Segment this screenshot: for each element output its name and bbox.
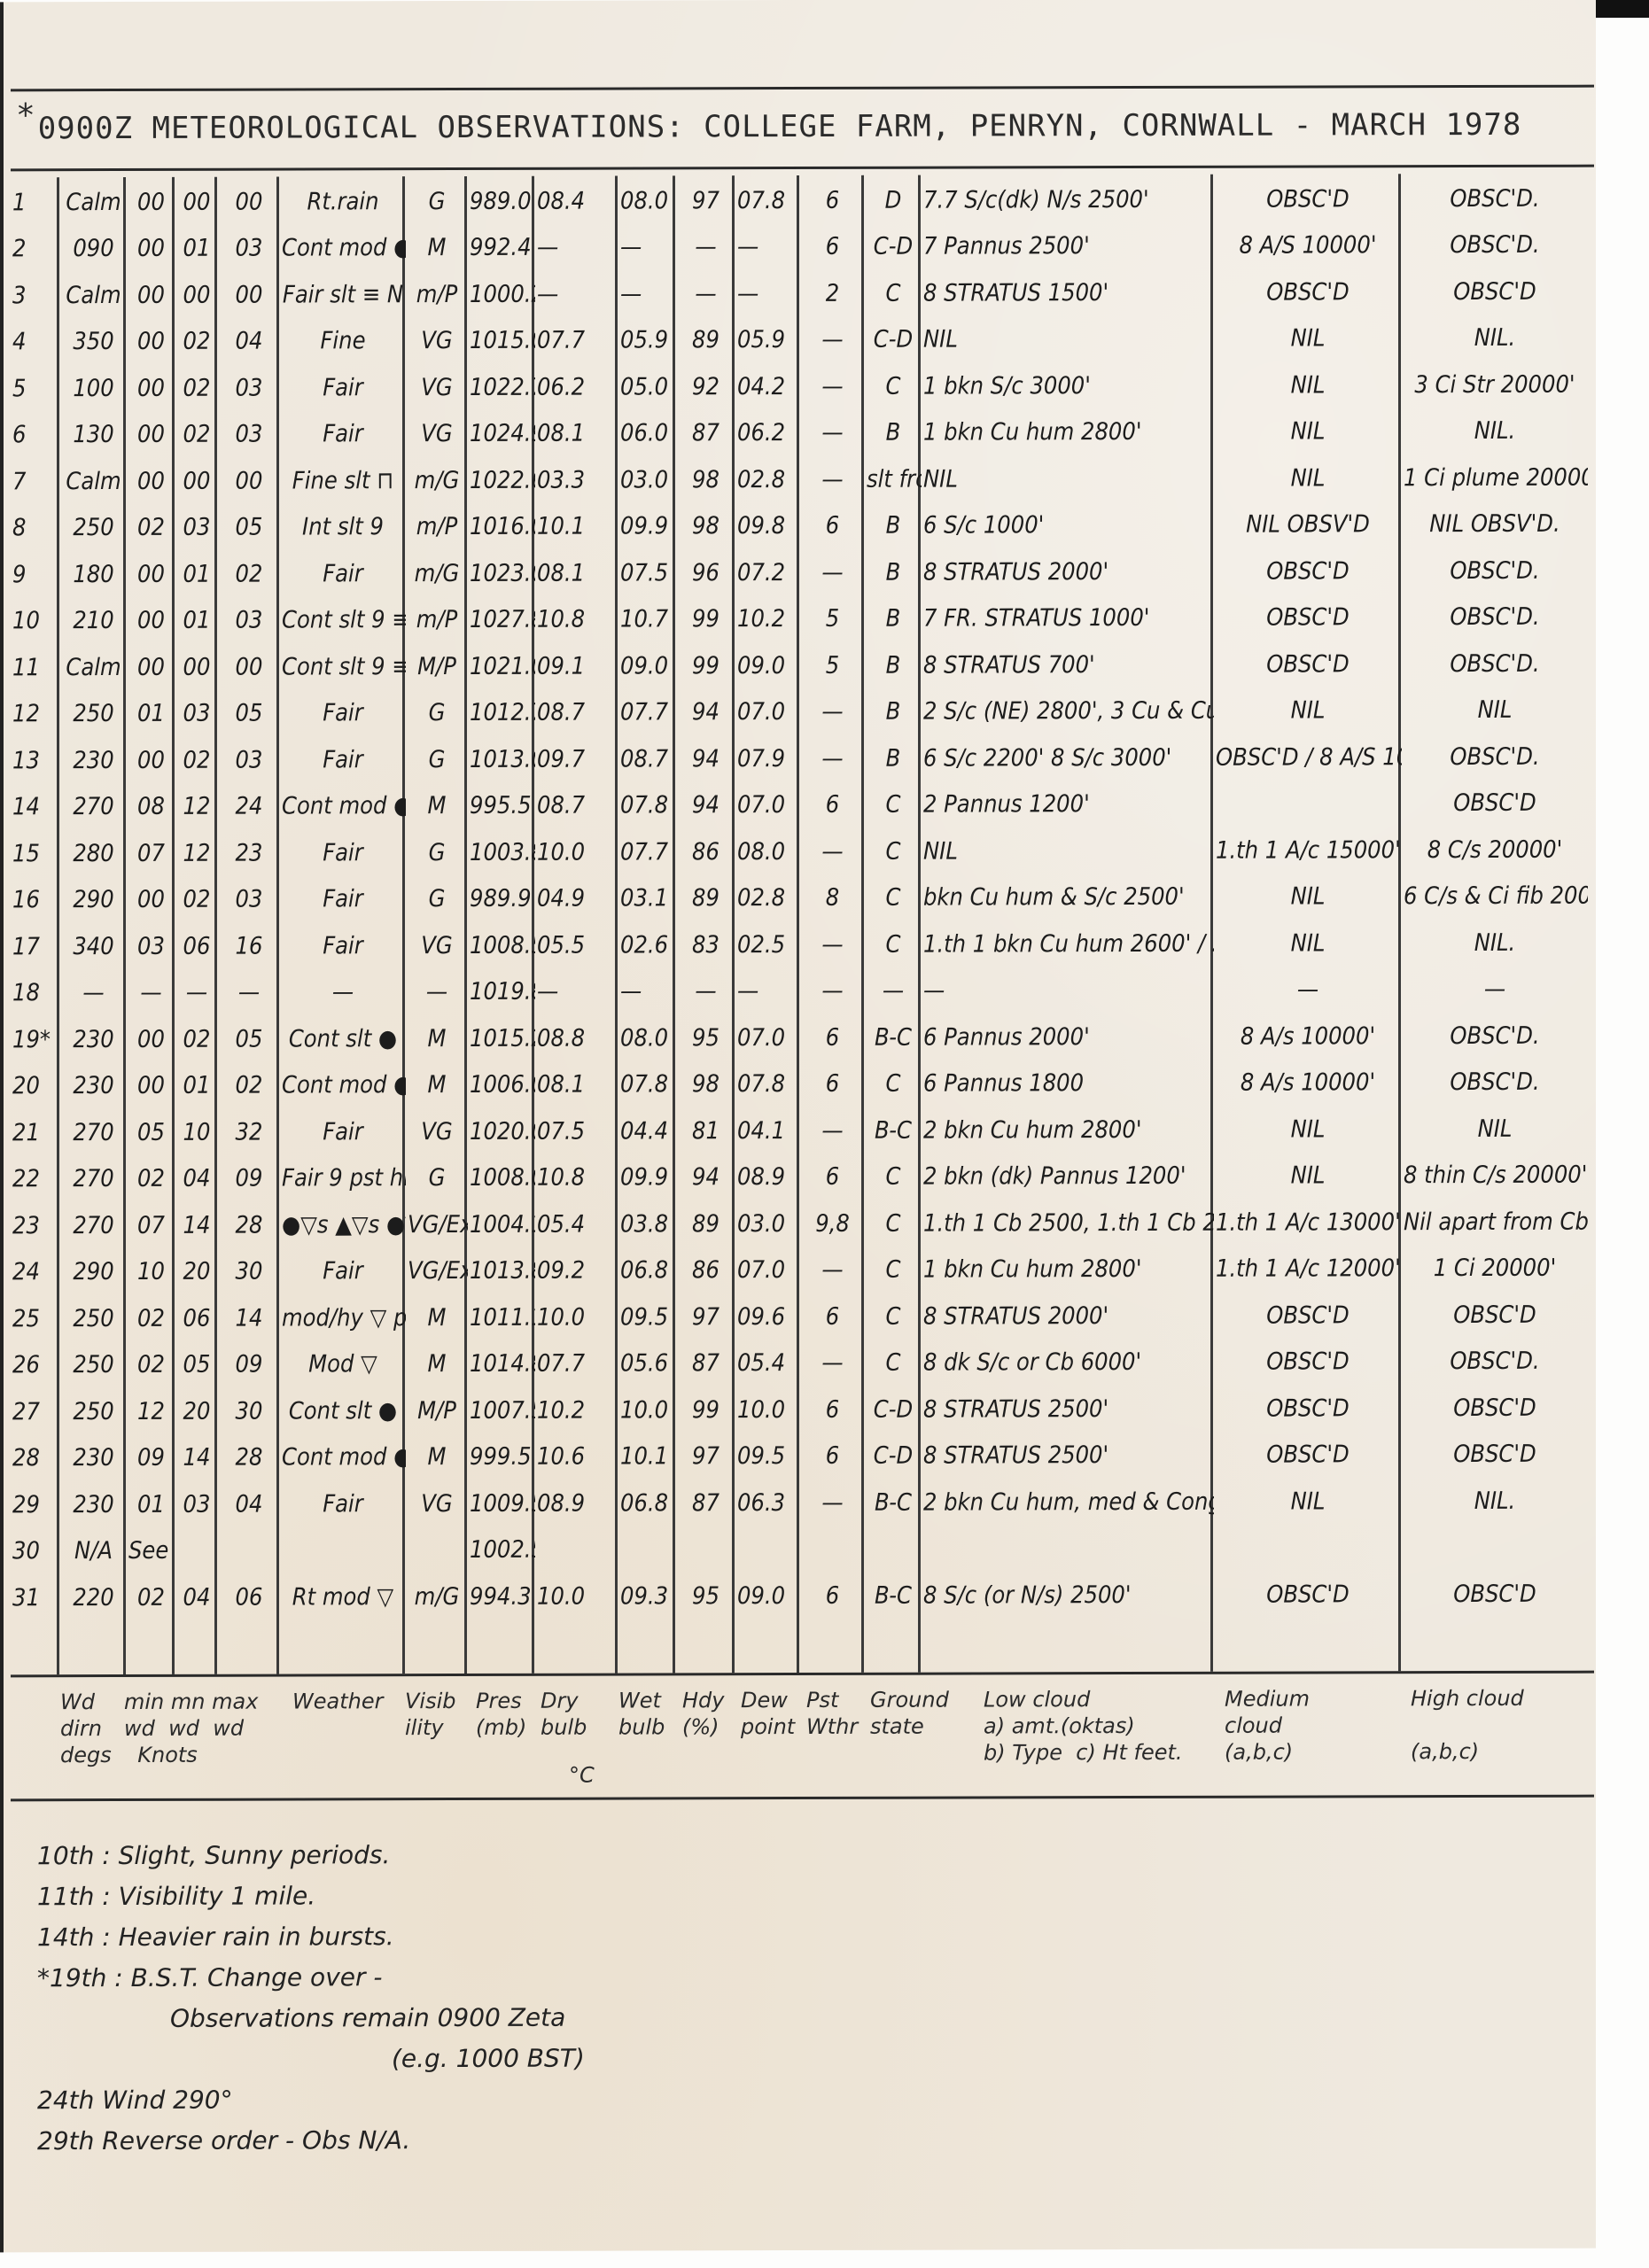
observations-table: 1Calm000000Rt.rainG989.008.408.09707.86D… (11, 175, 1588, 1621)
cell-high-cloud: 8 C/s 20000' (1402, 827, 1588, 874)
cell-weather: Fair (280, 1108, 406, 1155)
cell-wet-bulb (618, 1526, 676, 1573)
cell-pressure: 1000.2 (468, 271, 535, 318)
cell-dry-bulb: 08.1 (535, 410, 618, 457)
cell-visibility: VG (406, 922, 468, 969)
cell-dew-point: — (735, 223, 800, 270)
cell-humidity: 89 (676, 317, 735, 364)
cell-ground-state: B-C (865, 1480, 922, 1526)
cell-weather: Fair (280, 876, 406, 923)
cell-max-wd: 00 (218, 272, 280, 319)
cell-day: 13 (11, 737, 60, 784)
cell-dew-point: 03.0 (735, 1200, 800, 1247)
cell-humidity: 89 (676, 875, 735, 922)
cell-high-cloud: 8 thin C/s 20000' (1402, 1152, 1588, 1199)
cell-ground-state: C (865, 874, 922, 921)
cell-day: 9 (11, 551, 60, 598)
cell-min-wd: 00 (127, 1016, 175, 1063)
cell-high-cloud: 1 Ci plume 20000' (1402, 454, 1588, 501)
cell-max-wd: 28 (218, 1434, 280, 1481)
table-row: 12250010305FairG1012.708.707.79407.0—B2 … (11, 687, 1588, 737)
cell-humidity: 83 (676, 921, 735, 968)
title-text: 0900Z METEOROLOGICAL OBSERVATIONS: COLLE… (38, 107, 1522, 146)
cell-ground-state: C (865, 828, 922, 875)
cell-pressure: 1023.0 (468, 550, 535, 597)
table-row: 4350000204FineVG1015.007.705.98905.9—C-D… (11, 315, 1588, 365)
cell-medium-cloud: 1.th 1 A/c 15000' (1214, 827, 1402, 874)
cell-pressure: 1027.8 (468, 596, 535, 643)
cell-max-wd: 03 (218, 597, 280, 644)
cell-pressure: 1016.0 (468, 503, 535, 550)
cell-pressure: 1003.8 (468, 829, 535, 876)
cell-low-cloud: 8 S/c (or N/s) 2500' (922, 1572, 1214, 1619)
cell-dry-bulb: 09.1 (535, 643, 618, 690)
cell-weather: Cont slt 9 ≡ (280, 597, 406, 644)
rule-under-title (11, 165, 1594, 172)
cell-mean-wd: 03 (175, 690, 218, 737)
cell-past-wthr: — (800, 316, 865, 363)
cell-max-wd: 00 (218, 458, 280, 505)
cell-visibility: m/G (406, 550, 468, 597)
cell-past-wthr: 5 (800, 595, 865, 642)
cell-low-cloud: 8 dk S/c or Cb 6000' (922, 1339, 1214, 1386)
cell-max-wd: 04 (218, 1481, 280, 1528)
cell-medium-cloud: OBSC'D (1214, 175, 1402, 222)
cell-ground-state: C (865, 270, 922, 317)
cell-ground-state: B (865, 735, 922, 782)
cell-humidity: 94 (676, 1154, 735, 1201)
cell-mean-wd: 01 (175, 1062, 218, 1109)
cell-ground-state: C (865, 1247, 922, 1293)
cell-low-cloud: NIL (922, 455, 1214, 502)
cell-mean-wd: 01 (175, 225, 218, 272)
cell-max-wd: 02 (218, 1062, 280, 1109)
cell-wind-dir: 340 (60, 923, 127, 970)
cell-past-wthr: — (800, 409, 865, 456)
cell-low-cloud: 6 Pannus 1800 (922, 1060, 1214, 1107)
cell-weather: Fair (280, 922, 406, 969)
cell-low-cloud: 8 STRATUS 2500' (922, 1432, 1214, 1479)
cell-min-wd: 00 (127, 597, 175, 644)
cell-day: 29 (11, 1481, 60, 1528)
cell-past-wthr: 6 (800, 1014, 865, 1061)
cell-weather: Fair (280, 736, 406, 783)
cell-wet-bulb: 07.8 (618, 782, 676, 829)
cell-dry-bulb: — (535, 271, 618, 318)
cell-dry-bulb: 06.2 (535, 364, 618, 411)
cell-dry-bulb: 10.8 (535, 1154, 618, 1201)
cell-visibility: VG (406, 1108, 468, 1155)
cell-humidity: 97 (676, 1433, 735, 1480)
cell-visibility: G (406, 829, 468, 876)
scan-edge-strip (1592, 0, 1649, 18)
cell-past-wthr: 6 (800, 502, 865, 549)
cell-max-wd: 05 (218, 504, 280, 551)
cell-weather: Cont slt ● (280, 1387, 406, 1434)
cell-min-wd: 01 (127, 1481, 175, 1528)
cell-wet-bulb: 08.0 (618, 177, 676, 224)
cell-high-cloud: NIL (1402, 687, 1588, 734)
note-11th: 11th : Visibility 1 mile. (37, 1876, 585, 1918)
cell-wet-bulb: 09.9 (618, 503, 676, 550)
legend-low-cloud: Low cloud a) amt.(oktas) b) Type c) Ht f… (984, 1686, 1183, 1767)
cell-dry-bulb: 07.5 (535, 1108, 618, 1155)
cell-visibility: G (406, 689, 468, 736)
cell-visibility: — (406, 968, 468, 1015)
cell-day: 6 (11, 412, 60, 459)
cell-dry-bulb: 09.7 (535, 736, 618, 783)
cell-wet-bulb: 03.0 (618, 456, 676, 503)
cell-wet-bulb: 10.0 (618, 1386, 676, 1433)
cell-humidity: 99 (676, 596, 735, 643)
cell-medium-cloud: OBSC'D (1214, 1385, 1402, 1432)
cell-dry-bulb: 05.5 (535, 922, 618, 969)
cell-dew-point: 07.0 (735, 688, 800, 735)
cell-dry-bulb: 08.8 (535, 1015, 618, 1062)
cell-high-cloud: — (1402, 966, 1588, 1013)
table-row: 28230091428Cont mod ●M999.510.610.19709.… (11, 1431, 1588, 1481)
cell-medium-cloud: OBSC'D (1214, 268, 1402, 315)
cell-dry-bulb: 08.1 (535, 550, 618, 597)
cell-dry-bulb: 04.9 (535, 875, 618, 922)
cell-pressure: 1002.5 (468, 1526, 535, 1573)
cell-past-wthr: 9,8 (800, 1200, 865, 1247)
cell-humidity: 86 (676, 1247, 735, 1294)
cell-min-wd: 05 (127, 1109, 175, 1156)
cell-max-wd: 28 (218, 1202, 280, 1249)
cell-mean-wd: 06 (175, 923, 218, 970)
cell-mean-wd: 04 (175, 1574, 218, 1621)
cell-visibility: G (406, 178, 468, 225)
cell-medium-cloud: NIL (1214, 920, 1402, 967)
table-row: 18——————1019.8————————— (11, 966, 1588, 1016)
cell-humidity: 98 (676, 456, 735, 503)
cell-dew-point: 07.8 (735, 177, 800, 224)
cell-wet-bulb: 09.5 (618, 1293, 676, 1340)
cell-low-cloud: 7 Pannus 2500' (922, 222, 1214, 269)
cell-wind-dir: 250 (60, 1341, 127, 1388)
cell-mean-wd: 00 (175, 644, 218, 691)
cell-day: 26 (11, 1342, 60, 1389)
cell-ground-state: C-D (865, 223, 922, 270)
cell-weather: Cont mod ● (280, 1434, 406, 1481)
cell-medium-cloud: NIL (1214, 454, 1402, 501)
cell-max-wd: 03 (218, 737, 280, 784)
cell-low-cloud: 2 bkn (dk) Pannus 1200' (922, 1153, 1214, 1200)
cell-humidity: 87 (676, 1340, 735, 1387)
cell-low-cloud: 1 bkn S/c 3000' (922, 362, 1214, 409)
cell-humidity: 92 (676, 363, 735, 410)
cell-wet-bulb: — (618, 270, 676, 317)
cell-min-wd: 00 (127, 644, 175, 691)
cell-low-cloud: 2 Pannus 1200' (922, 781, 1214, 827)
cell-medium-cloud: OBSC'D (1214, 594, 1402, 641)
cell-pressure: 999.5 (468, 1433, 535, 1480)
cell-visibility: m/P (406, 271, 468, 318)
note-19th: *19th : B.S.T. Change over - (37, 1957, 585, 2000)
cell-pressure: 1008.5 (468, 922, 535, 969)
cell-ground-state: C (865, 363, 922, 410)
cell-dew-point: 07.8 (735, 1060, 800, 1107)
cell-low-cloud: 8 STRATUS 1500' (922, 269, 1214, 316)
cell-day: 21 (11, 1109, 60, 1156)
cell-min-wd: 00 (127, 737, 175, 784)
cell-max-wd: 16 (218, 923, 280, 970)
cell-max-wd: 06 (218, 1574, 280, 1621)
legend-ground-state: Ground state (870, 1687, 949, 1740)
cell-medium-cloud: 1.th 1 A/c 12000' (1214, 1246, 1402, 1293)
cell-day: 24 (11, 1249, 60, 1296)
table-row: 26250020509Mod ▽M1014.807.705.68705.4—C8… (11, 1338, 1588, 1388)
cell-wet-bulb: 04.4 (618, 1107, 676, 1154)
cell-humidity: 87 (676, 1480, 735, 1526)
cell-humidity (676, 1526, 735, 1573)
cell-dry-bulb: 08.7 (535, 689, 618, 736)
cell-humidity: 86 (676, 828, 735, 875)
cell-max-wd: 09 (218, 1341, 280, 1388)
cell-humidity: 89 (676, 1200, 735, 1247)
cell-day: 22 (11, 1156, 60, 1203)
table-row: 17340030616FairVG1008.505.502.68302.5—C1… (11, 920, 1588, 970)
cell-wind-dir: 350 (60, 318, 127, 365)
cell-wet-bulb: 07.8 (618, 1061, 676, 1108)
cell-wet-bulb: 09.9 (618, 1154, 676, 1201)
cell-mean-wd: 02 (175, 411, 218, 458)
cell-wind-dir: 230 (60, 1434, 127, 1481)
cell-min-wd: 00 (127, 225, 175, 272)
cell-humidity: 81 (676, 1107, 735, 1154)
cell-wet-bulb: 07.7 (618, 828, 676, 875)
cell-past-wthr: 6 (800, 1293, 865, 1340)
cell-weather: Cont mod ● (280, 1062, 406, 1109)
cell-wind-dir: 290 (60, 1248, 127, 1295)
legend-temp-unit: °C (569, 1762, 595, 1789)
cell-ground-state: B (865, 688, 922, 735)
cell-wind-dir: 180 (60, 551, 127, 598)
cell-visibility: VG (406, 1480, 468, 1527)
legend-dry-bulb: Dry bulb (541, 1688, 587, 1741)
cell-wet-bulb: 09.3 (618, 1573, 676, 1619)
cell-high-cloud: OBSC'D. (1402, 1338, 1588, 1385)
cell-low-cloud: 6 S/c 1000' (922, 501, 1214, 548)
cell-past-wthr: — (800, 456, 865, 503)
cell-pressure: 1012.7 (468, 689, 535, 736)
cell-wet-bulb: 06.0 (618, 410, 676, 457)
note-29th: 29th Reverse order - Obs N/A. (37, 2120, 585, 2163)
cell-past-wthr: — (800, 363, 865, 410)
cell-ground-state: B-C (865, 1573, 922, 1619)
cell-medium-cloud: NIL (1214, 408, 1402, 455)
cell-visibility: m/G (406, 1573, 468, 1620)
table-row: 3Calm000000Fair slt ≡ Nm/P1000.2————2C8 … (11, 268, 1588, 319)
cell-visibility: G (406, 736, 468, 783)
cell-weather: Cont mod ● (280, 225, 406, 272)
cell-weather: Int slt 9 (280, 504, 406, 551)
cell-dew-point: 02.8 (735, 874, 800, 921)
cell-past-wthr: 6 (800, 223, 865, 270)
cell-high-cloud: NIL OBSV'D. (1402, 501, 1588, 548)
cell-min-wd: 00 (127, 272, 175, 319)
cell-low-cloud (922, 1525, 1214, 1572)
cell-past-wthr (800, 1526, 865, 1573)
cell-wind-dir: 230 (60, 737, 127, 784)
cell-dew-point: 05.9 (735, 316, 800, 363)
cell-dry-bulb: 10.8 (535, 596, 618, 643)
cell-mean-wd: 04 (175, 1155, 218, 1202)
cell-wind-dir: 290 (60, 876, 127, 923)
cell-low-cloud: NIL (922, 827, 1214, 874)
cell-dry-bulb: 08.9 (535, 1480, 618, 1527)
cell-medium-cloud (1214, 781, 1402, 827)
cell-medium-cloud: OBSC'D (1214, 1339, 1402, 1386)
table-row: 23270071428●▽s ▲▽s ●▽ s pst hrVG/Ex1004.… (11, 1199, 1588, 1249)
table-row: 6130000203FairVG1024.908.106.08706.2—B1 … (11, 408, 1588, 458)
cell-dry-bulb: 10.0 (535, 1573, 618, 1620)
cell-weather: Fair (280, 550, 406, 597)
cell-mean-wd: 02 (175, 737, 218, 784)
cell-humidity: 94 (676, 735, 735, 782)
cell-min-wd: 00 (127, 318, 175, 365)
table-row: 15280071223FairG1003.810.007.78608.0—CNI… (11, 827, 1588, 877)
cell-visibility: M (406, 1433, 468, 1480)
cell-visibility: M/P (406, 643, 468, 690)
cell-day: 10 (11, 598, 60, 645)
column-legend: Wd dirn degs min mn max wd wd wd Knots W… (11, 1671, 1588, 1799)
cell-day: 4 (11, 319, 60, 366)
table-row: 22270020409Fair 9 pst hrG1008.010.809.99… (11, 1152, 1588, 1202)
cell-medium-cloud: NIL (1214, 1153, 1402, 1200)
cell-past-wthr: — (800, 1247, 865, 1293)
cell-pressure: 1013.0 (468, 736, 535, 783)
cell-min-wd: — (127, 969, 175, 1016)
cell-medium-cloud: — (1214, 967, 1402, 1014)
cell-weather: Fair slt ≡ N (280, 271, 406, 318)
cell-humidity: 99 (676, 642, 735, 689)
cell-dew-point: 05.4 (735, 1340, 800, 1386)
cell-wet-bulb: 03.8 (618, 1200, 676, 1247)
cell-wet-bulb: 05.0 (618, 363, 676, 410)
cell-ground-state: C (865, 1200, 922, 1247)
cell-dew-point: 02.5 (735, 921, 800, 968)
table-row: 14270081224Cont mod ●M995.508.707.89407.… (11, 780, 1588, 830)
cell-max-wd: 05 (218, 690, 280, 737)
cell-high-cloud: 1 Ci 20000' (1402, 1245, 1588, 1292)
cell-min-wd: 12 (127, 1388, 175, 1435)
cell-day: 14 (11, 784, 60, 831)
cell-high-cloud: OBSC'D (1402, 1292, 1588, 1339)
cell-max-wd: 14 (218, 1295, 280, 1342)
cell-day: 7 (11, 458, 60, 505)
cell-low-cloud: 1.th 1 Cb 2500, 1.th 1 Cb 2500' / 1/8 25… (922, 1200, 1214, 1247)
cell-wet-bulb: 07.7 (618, 689, 676, 736)
cell-weather: Cont mod ● (280, 783, 406, 830)
cell-visibility: M (406, 1340, 468, 1387)
cell-visibility: VG/Ex (406, 1201, 468, 1248)
cell-medium-cloud: 8 A/S 10000' (1214, 222, 1402, 269)
cell-max-wd: 09 (218, 1155, 280, 1202)
cell-ground-state: C (865, 1340, 922, 1386)
cell-visibility: m/P (406, 503, 468, 550)
cell-ground-state: B (865, 642, 922, 689)
cell-dew-point: 09.6 (735, 1293, 800, 1340)
cell-past-wthr: 6 (800, 1153, 865, 1200)
cell-visibility: VG (406, 364, 468, 411)
cell-visibility: M (406, 1061, 468, 1108)
cell-humidity: 98 (676, 503, 735, 550)
cell-wind-dir: — (60, 969, 127, 1016)
legend-weather: Weather (292, 1688, 383, 1714)
cell-low-cloud: 8 STRATUS 2000' (922, 1293, 1214, 1340)
table-row: 2090000103Cont mod ●M992.4————6C-D7 Pann… (11, 221, 1588, 272)
rule-top (11, 85, 1594, 92)
cell-pressure: 989.0 (468, 178, 535, 225)
legend-high-cloud: High cloud (a,b,c) (1411, 1685, 1524, 1765)
cell-day: 18 (11, 970, 60, 1017)
cell-visibility: VG/Ex (406, 1247, 468, 1294)
table-row: 9180000102Fairm/G1023.008.107.59607.2—B8… (11, 548, 1588, 598)
cell-dry-bulb: 10.6 (535, 1433, 618, 1480)
cell-ground-state: — (865, 967, 922, 1014)
cell-pressure: 1006.0 (468, 1061, 535, 1108)
cell-wind-dir: Calm (60, 458, 127, 505)
cell-wet-bulb: 06.8 (618, 1247, 676, 1294)
cell-medium-cloud: NIL (1214, 687, 1402, 734)
cell-low-cloud: 8 STRATUS 2000' (922, 548, 1214, 595)
cell-mean-wd: 12 (175, 783, 218, 830)
note-24th: 24th Wind 290° (37, 2079, 585, 2122)
cell-min-wd: 00 (127, 458, 175, 505)
cell-low-cloud: 8 STRATUS 2500' (922, 1386, 1214, 1433)
cell-wet-bulb: — (618, 968, 676, 1015)
cell-weather: Fair (280, 411, 406, 458)
cell-weather: Fair (280, 690, 406, 737)
cell-visibility: VG (406, 410, 468, 457)
cell-mean-wd: 01 (175, 597, 218, 644)
table-row: 13230000203FairG1013.009.708.79407.9—B6 … (11, 734, 1588, 784)
cell-ground-state (865, 1526, 922, 1573)
cell-day: 2 (11, 226, 60, 273)
cell-high-cloud: OBSC'D. (1402, 548, 1588, 594)
observations-body: 1Calm000000Rt.rainG989.008.408.09707.86D… (11, 175, 1588, 1621)
cell-pressure: 1009.5 (468, 1480, 535, 1527)
cell-ground-state: C-D (865, 316, 922, 363)
cell-low-cloud: 2 S/c (NE) 2800', 3 Cu & Cumul 2500' (922, 687, 1214, 734)
cell-weather: Fair (280, 364, 406, 411)
cell-wind-dir: 100 (60, 365, 127, 412)
cell-pressure: 1024.9 (468, 410, 535, 457)
cell-dew-point: 08.9 (735, 1153, 800, 1200)
cell-wind-dir: 250 (60, 504, 127, 551)
cell-ground-state: B (865, 595, 922, 642)
cell-dry-bulb: 03.3 (535, 457, 618, 504)
cell-high-cloud: NIL (1402, 1106, 1588, 1153)
table-row: 1Calm000000Rt.rainG989.008.408.09707.86D… (11, 175, 1588, 226)
cell-humidity: 97 (676, 177, 735, 224)
cell-day: 3 (11, 272, 60, 319)
cell-ground-state: C-D (865, 1386, 922, 1433)
cell-high-cloud: Nil apart from Cb ice (1402, 1199, 1588, 1246)
cell-wind-dir: 230 (60, 1062, 127, 1109)
cell-wind-dir: 270 (60, 1155, 127, 1202)
cell-pressure: 995.5 (468, 782, 535, 829)
cell-wind-dir: 230 (60, 1016, 127, 1063)
table-row: 29230010304FairVG1009.508.906.88706.3—B-… (11, 1478, 1588, 1528)
cell-weather: Fine (280, 318, 406, 365)
cell-min-wd: 01 (127, 690, 175, 737)
cell-min-wd: 00 (127, 411, 175, 458)
cell-visibility: M (406, 1294, 468, 1341)
cell-medium-cloud: NIL (1214, 315, 1402, 362)
